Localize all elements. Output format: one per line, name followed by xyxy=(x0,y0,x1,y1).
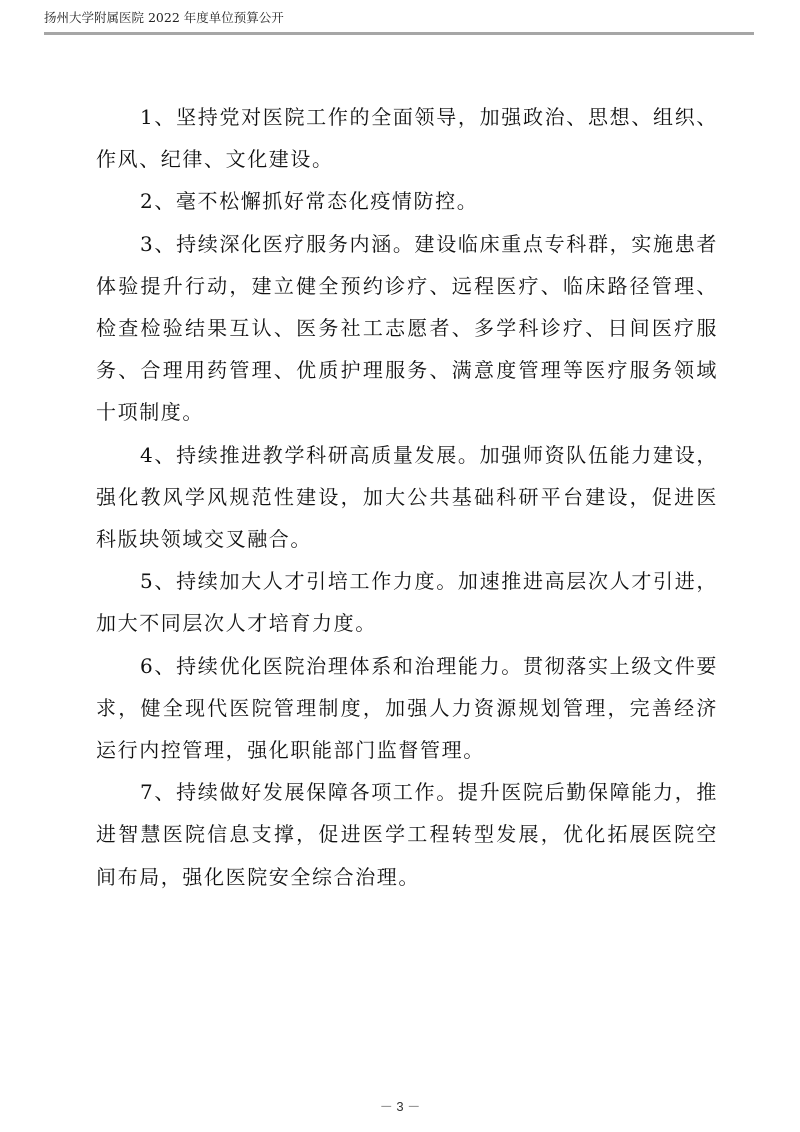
page-footer: － 3 － xyxy=(0,1096,800,1115)
header-title: 扬州大学附属医院 2022 年度单位预算公开 xyxy=(44,10,284,25)
paragraph-4: 4、持续推进教学科研高质量发展。加强师资队伍能力建设，强化教风学风规范性建设，加… xyxy=(96,434,718,561)
page-number: － 3 － xyxy=(380,1099,420,1114)
document-header: 扬州大学附属医院 2022 年度单位预算公开 xyxy=(44,8,754,35)
paragraph-7: 7、持续做好发展保障各项工作。提升医院后勤保障能力，推进智慧医院信息支撑，促进医… xyxy=(96,771,718,898)
paragraph-6: 6、持续优化医院治理体系和治理能力。贯彻落实上级文件要求，健全现代医院管理制度，… xyxy=(96,645,718,772)
paragraph-2: 2、毫不松懈抓好常态化疫情防控。 xyxy=(96,180,718,222)
paragraph-3: 3、持续深化医疗服务内涵。建设临床重点专科群，实施患者体验提升行动，建立健全预约… xyxy=(96,223,718,434)
paragraph-1: 1、坚持党对医院工作的全面领导，加强政治、思想、组织、作风、纪律、文化建设。 xyxy=(96,96,718,180)
paragraph-5: 5、持续加大人才引培工作力度。加速推进高层次人才引进，加大不同层次人才培育力度。 xyxy=(96,560,718,644)
document-body: 1、坚持党对医院工作的全面领导，加强政治、思想、组织、作风、纪律、文化建设。 2… xyxy=(96,96,718,898)
